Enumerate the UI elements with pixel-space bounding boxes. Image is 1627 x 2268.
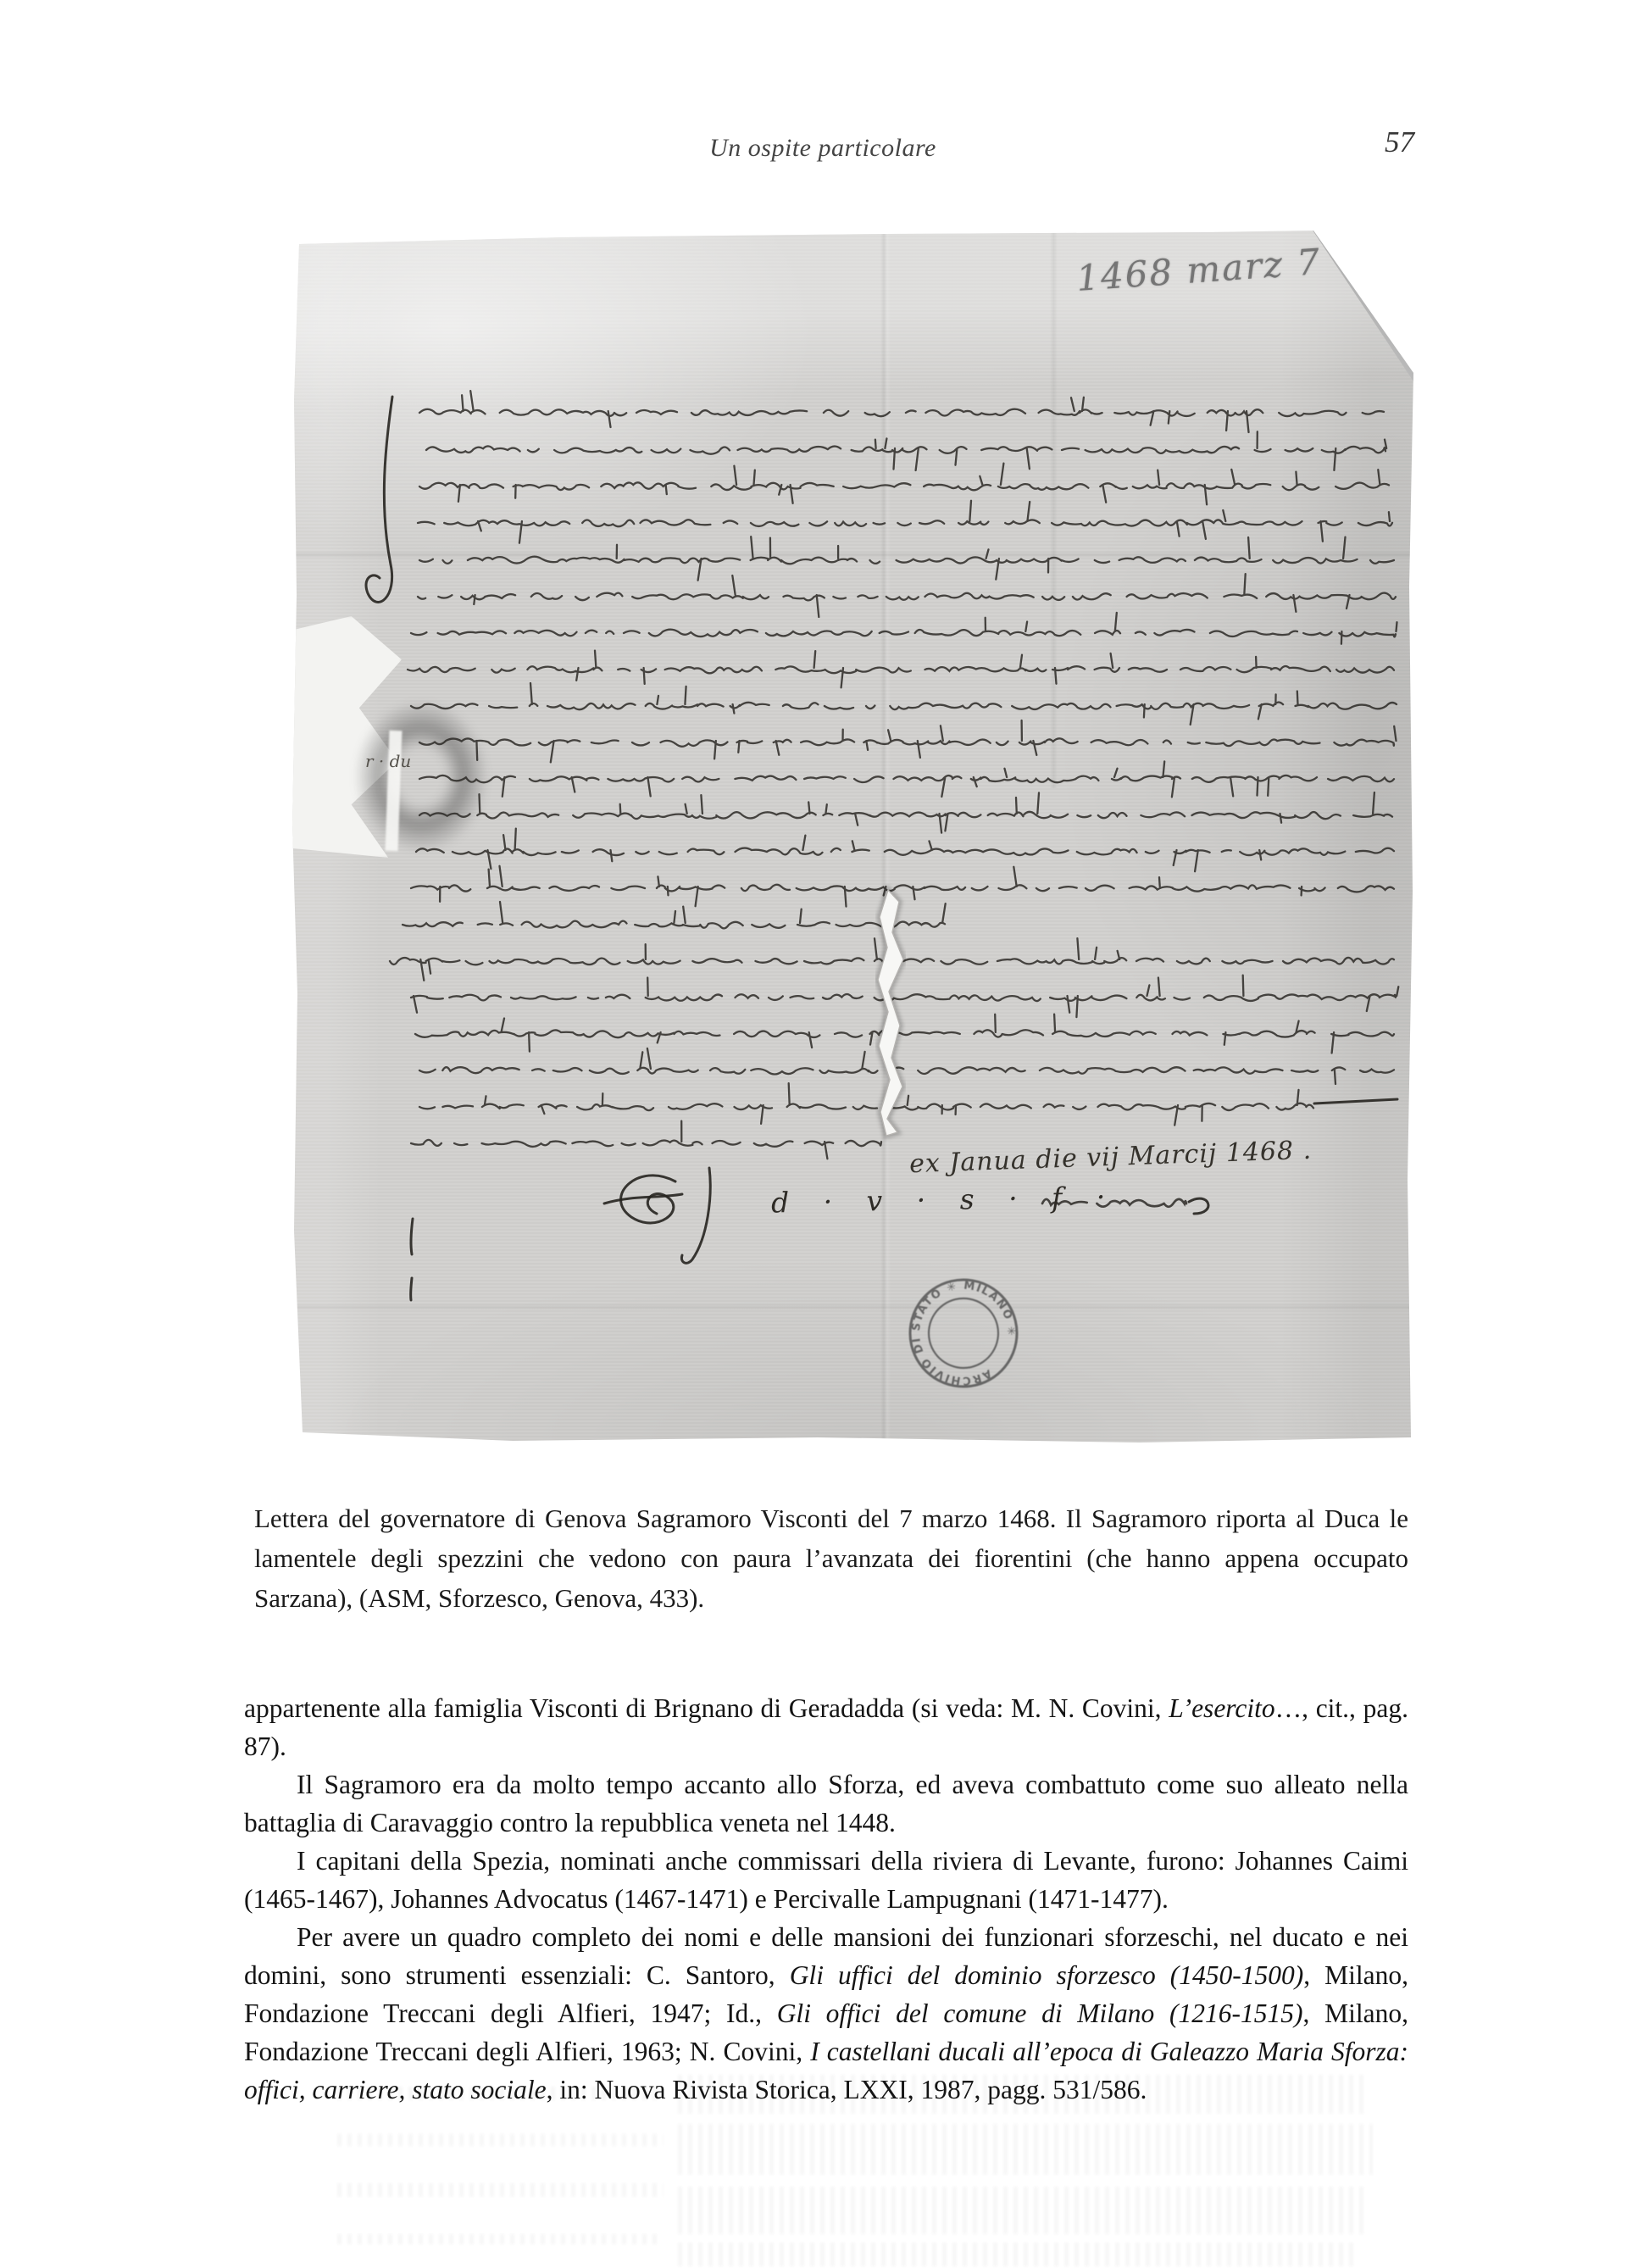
figure-caption: Lettera del governatore di Genova Sagram… [254,1498,1408,1618]
letter-photograph: 1468 marz 7 r · du ex Janua die vij Marc… [292,231,1413,1443]
show-through-row [678,2187,1364,2234]
running-head: Un ospite particolare [237,134,1408,163]
signature-abbreviation: d · v · s · f · [771,1181,1112,1220]
show-through-row [337,2183,664,2197]
body-text: appartenente alla famiglia Visconti di B… [244,1689,1408,2109]
body-paragraph: appartenente alla famiglia Visconti di B… [244,1689,1408,1765]
show-through [0,2068,1627,2268]
manuscript-paper: 1468 marz 7 r · du ex Janua die vij Marc… [292,231,1413,1443]
svg-text:ARCHIVIO DI STATO ✳ MILANO ✳: ARCHIVIO DI STATO ✳ MILANO ✳ [906,1276,1021,1391]
stamp-text: ARCHIVIO DI STATO ✳ MILANO ✳ [906,1276,1021,1391]
show-through-row [678,2124,1373,2175]
handwriting-lines [292,231,1413,1443]
marginal-note: r · du [365,751,411,771]
paper-tear [878,890,903,1136]
show-through-row [337,2134,664,2146]
archive-stamp-icon: ARCHIVIO DI STATO ✳ MILANO ✳ [906,1276,1021,1391]
show-through-row [678,2243,1356,2266]
show-through-row [678,2075,1364,2114]
show-through-row [337,2234,659,2244]
page-number: 57 [1385,125,1414,159]
show-through-row [337,2087,659,2100]
book-page: Un ospite particolare 57 1468 mar [0,0,1627,2268]
body-paragraph: Il Sagramoro era da molto tempo accanto … [244,1765,1408,1842]
body-paragraph: I capitani della Spezia, nominati anche … [244,1842,1408,1918]
